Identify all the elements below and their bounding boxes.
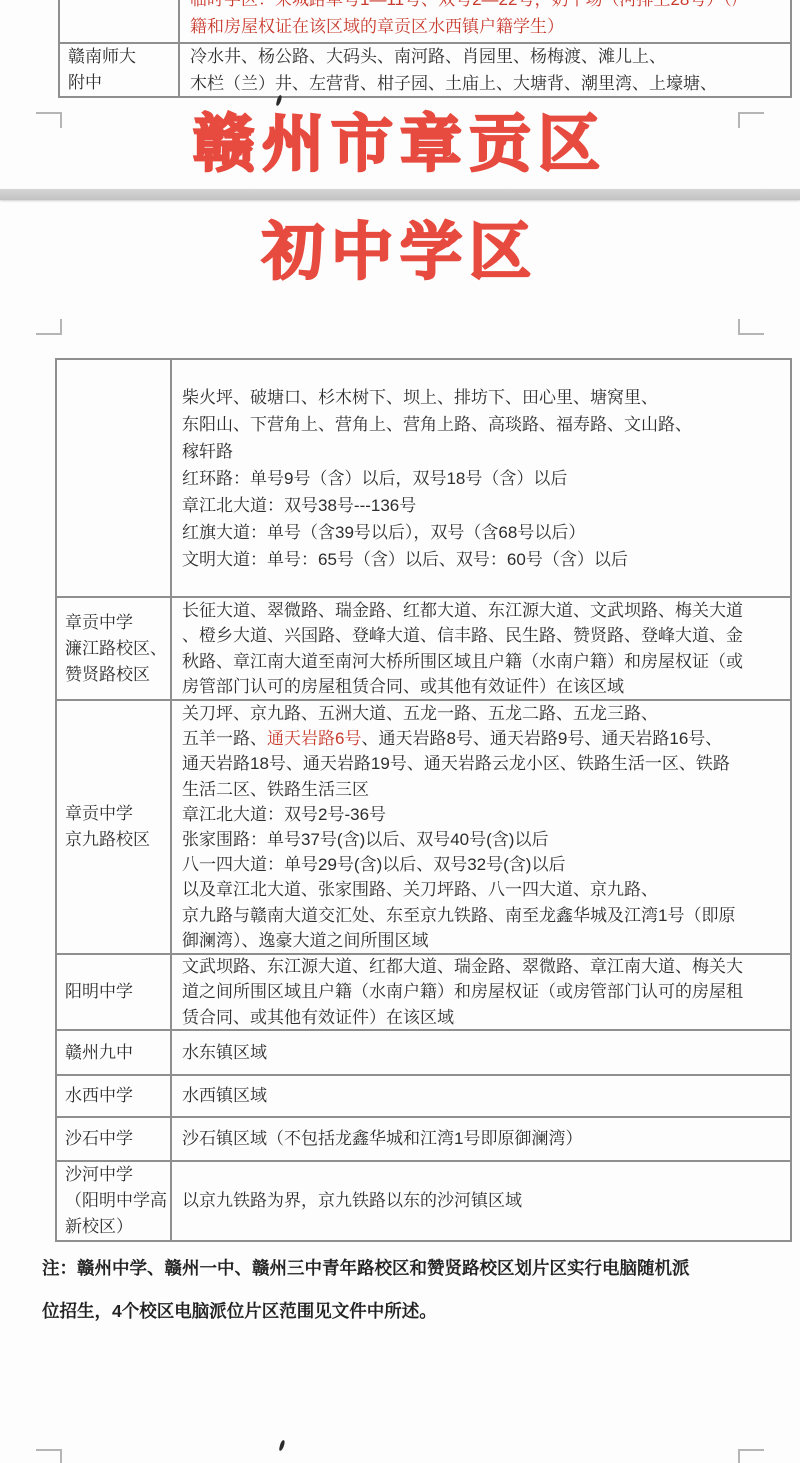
school-name-line: 章贡中学 [65, 801, 170, 827]
crop-mark-top-right [738, 112, 764, 128]
school-name-line: （阳明中学高 [65, 1188, 170, 1214]
district-line: 张家围路：单号37号(含)以后、双号40号(含)以后 [182, 827, 786, 852]
red-highlight: 通天岩路6号 [267, 729, 361, 748]
district-cell: 以京九铁路为界，京九铁路以东的沙河镇区域 [172, 1162, 790, 1240]
district-line: 临时学区：宋城路单号1—11号、双号2—22号，奶牛场（河排上28号）（户 [190, 0, 786, 13]
district-line: 东阳山、下营角上、营角上、营角上路、高琰路、福寿路、文山路、 [182, 411, 786, 438]
page-title-line1: 赣州市章贡区 [0, 112, 800, 179]
district-line: 道之间所围区域且户籍（水南户籍）和房屋权证（或房管部门认可的房屋租 [182, 979, 786, 1004]
district-line: 章江北大道：双号2号-36号 [182, 802, 786, 827]
text-segment: 五羊一路、 [182, 729, 267, 748]
school-name-line: 阳明中学 [65, 979, 170, 1005]
school-name-cell: 沙河中学（阳明中学高新校区） [57, 1162, 172, 1240]
page-separator-band [0, 189, 800, 200]
table-row: 赣南师大附中冷水井、杨公路、大码头、南河路、肖园里、杨梅渡、滩儿上、木栏（兰）井… [60, 42, 790, 96]
table-row: 赣州九中水东镇区域 [57, 1029, 790, 1074]
school-name-cell [60, 0, 180, 42]
district-cell: 临时学区：宋城路单号1—11号、双号2—22号，奶牛场（河排上28号）（户籍和房… [180, 0, 790, 42]
school-name-cell: 沙石中学 [57, 1118, 172, 1160]
district-line: 木栏（兰）井、左营背、柑子园、土庙上、大塘背、潮里湾、上壕塘、 [190, 70, 786, 97]
smudge-artifact [279, 1440, 286, 1452]
district-line: 冷水井、杨公路、大码头、南河路、肖园里、杨梅渡、滩儿上、 [190, 43, 786, 70]
table-row: 阳明中学文武坝路、东江源大道、红都大道、瑞金路、翠微路、章江南大道、梅关大道之间… [57, 953, 790, 1029]
district-line: 京九路与赣南大道交汇处、东至京九铁路、南至龙鑫华城及江湾1号（即原 [182, 903, 786, 928]
district-cell: 冷水井、杨公路、大码头、南河路、肖园里、杨梅渡、滩儿上、木栏（兰）井、左营背、柑… [180, 44, 790, 96]
page-title-line2: 初中学区 [0, 220, 800, 287]
crop-mark-top-left [36, 112, 62, 128]
school-name-line: 沙石中学 [65, 1126, 170, 1152]
district-line: 赁合同、或其他有效证件）在该区域 [182, 1005, 786, 1030]
crop-mark-bottom-right [738, 319, 764, 335]
table-row: 柴火坪、破塘口、杉木树下、坝上、排坊下、田心里、塘窝里、东阳山、下营角上、营角上… [57, 360, 790, 596]
district-line: 稼轩路 [182, 438, 786, 465]
district-line: 水西镇区域 [182, 1083, 786, 1108]
district-line: 文武坝路、东江源大道、红都大道、瑞金路、翠微路、章江南大道、梅关大 [182, 954, 786, 979]
school-name-line: 赣州九中 [65, 1040, 170, 1066]
previous-page-table: 临时学区：宋城路单号1—11号、双号2—22号，奶牛场（河排上28号）（户籍和房… [58, 0, 792, 98]
district-cell: 关刀坪、京九路、五洲大道、五龙一路、五龙二路、五龙三路、五羊一路、通天岩路6号、… [172, 701, 790, 953]
district-line: 秋路、章江南大道至南河大桥所围区域且户籍（水南户籍）和房屋权证（或 [182, 649, 786, 674]
district-line: 五羊一路、通天岩路6号、通天岩路8号、通天岩路9号、通天岩路16号、 [182, 726, 786, 751]
table-row: 水西中学水西镇区域 [57, 1074, 790, 1115]
text-segment: 、通天岩路8号、通天岩路9号、通天岩路16号、 [361, 729, 722, 748]
district-cell: 水东镇区域 [172, 1031, 790, 1074]
table-row: 临时学区：宋城路单号1—11号、双号2—22号，奶牛场（河排上28号）（户籍和房… [60, 0, 790, 42]
district-cell: 文武坝路、东江源大道、红都大道、瑞金路、翠微路、章江南大道、梅关大道之间所围区域… [172, 955, 790, 1029]
note: 注：赣州中学、赣州一中、赣州三中青年路校区和赞贤路校区划片区实行电脑随机派 位招… [42, 1256, 758, 1323]
crop-mark-bottom-left [36, 319, 62, 335]
school-name-cell: 水西中学 [57, 1076, 172, 1115]
school-name-line: 赣南师大 [68, 44, 178, 70]
school-name-line: 赞贤路校区 [65, 662, 170, 688]
school-name-cell: 赣南师大附中 [60, 44, 180, 96]
school-name-line: 京九路校区 [65, 827, 170, 853]
district-line: 籍和房屋权证在该区域的章贡区水西镇户籍学生） [190, 13, 786, 40]
school-name-cell: 阳明中学 [57, 955, 172, 1029]
district-line: 红环路：单号9号（含）以后，双号18号（含）以后 [182, 465, 786, 492]
school-name-line: 沙河中学 [65, 1162, 170, 1188]
district-line: 生活二区、铁路生活三区 [182, 777, 786, 802]
district-line: 八一四大道：单号29号(含)以后、双号32号(含)以后 [182, 852, 786, 877]
crop-mark-page-bottom-right [738, 1449, 764, 1463]
table-row: 章贡中学濂江路校区、赞贤路校区长征大道、翠微路、瑞金路、红都大道、东江源大道、文… [57, 596, 790, 699]
table-row: 沙河中学（阳明中学高新校区）以京九铁路为界，京九铁路以东的沙河镇区域 [57, 1160, 790, 1240]
school-name-line: 水西中学 [65, 1083, 170, 1109]
district-line: 关刀坪、京九路、五洲大道、五龙一路、五龙二路、五龙三路、 [182, 701, 786, 726]
note-line: 位招生，4个校区电脑派位片区范围见文件中所述。 [42, 1299, 758, 1323]
district-line: 以京九铁路为界，京九铁路以东的沙河镇区域 [182, 1188, 786, 1213]
district-line: 章江北大道：双号38号---136号 [182, 492, 786, 519]
district-line: 水东镇区域 [182, 1040, 786, 1065]
district-cell: 水西镇区域 [172, 1076, 790, 1115]
district-cell: 沙石镇区域（不包括龙鑫华城和江湾1号即原御澜湾） [172, 1118, 790, 1160]
district-line: 文明大道：单号：65号（含）以后、双号：60号（含）以后 [182, 546, 786, 573]
district-line: 柴火坪、破塘口、杉木树下、坝上、排坊下、田心里、塘窝里、 [182, 384, 786, 411]
note-line: 注：赣州中学、赣州一中、赣州三中青年路校区和赞贤路校区划片区实行电脑随机派 [42, 1256, 758, 1280]
district-line: 红旗大道：单号（含39号以后），双号（含68号以后） [182, 519, 786, 546]
district-cell: 长征大道、翠微路、瑞金路、红都大道、东江源大道、文武坝路、梅关大道、橙乡大道、兴… [172, 598, 790, 699]
school-name-cell: 章贡中学濂江路校区、赞贤路校区 [57, 598, 172, 699]
district-line: 御澜湾）、逸豪大道之间所围区域 [182, 928, 786, 953]
school-name-line: 濂江路校区、 [65, 636, 170, 662]
district-line: 通天岩路18号、通天岩路19号、通天岩路云龙小区、铁路生活一区、铁路 [182, 751, 786, 776]
district-line: 房管部门认可的房屋租赁合同、或其他有效证件）在该区域 [182, 674, 786, 699]
crop-mark-page-bottom-left [36, 1449, 62, 1463]
table-row: 章贡中学京九路校区关刀坪、京九路、五洲大道、五龙一路、五龙二路、五龙三路、五羊一… [57, 699, 790, 953]
district-line: 沙石镇区域（不包括龙鑫华城和江湾1号即原御澜湾） [182, 1126, 786, 1151]
school-name-cell [57, 360, 172, 596]
district-cell: 柴火坪、破塘口、杉木树下、坝上、排坊下、田心里、塘窝里、东阳山、下营角上、营角上… [172, 360, 790, 596]
school-name-cell: 章贡中学京九路校区 [57, 701, 172, 953]
district-line: 、橙乡大道、兴国路、登峰大道、信丰路、民生路、赞贤路、登峰大道、金 [182, 623, 786, 648]
photo-canvas: 临时学区：宋城路单号1—11号、双号2—22号，奶牛场（河排上28号）（户籍和房… [0, 0, 800, 1463]
school-name-line: 新校区） [65, 1214, 170, 1240]
school-name-line: 附中 [68, 70, 178, 96]
school-district-table: 柴火坪、破塘口、杉木树下、坝上、排坊下、田心里、塘窝里、东阳山、下营角上、营角上… [55, 358, 792, 1242]
district-line: 以及章江北大道、张家围路、关刀坪路、八一四大道、京九路、 [182, 877, 786, 902]
school-name-line: 章贡中学 [65, 610, 170, 636]
school-name-cell: 赣州九中 [57, 1031, 172, 1074]
table-row: 沙石中学沙石镇区域（不包括龙鑫华城和江湾1号即原御澜湾） [57, 1116, 790, 1160]
district-line: 长征大道、翠微路、瑞金路、红都大道、东江源大道、文武坝路、梅关大道 [182, 598, 786, 623]
